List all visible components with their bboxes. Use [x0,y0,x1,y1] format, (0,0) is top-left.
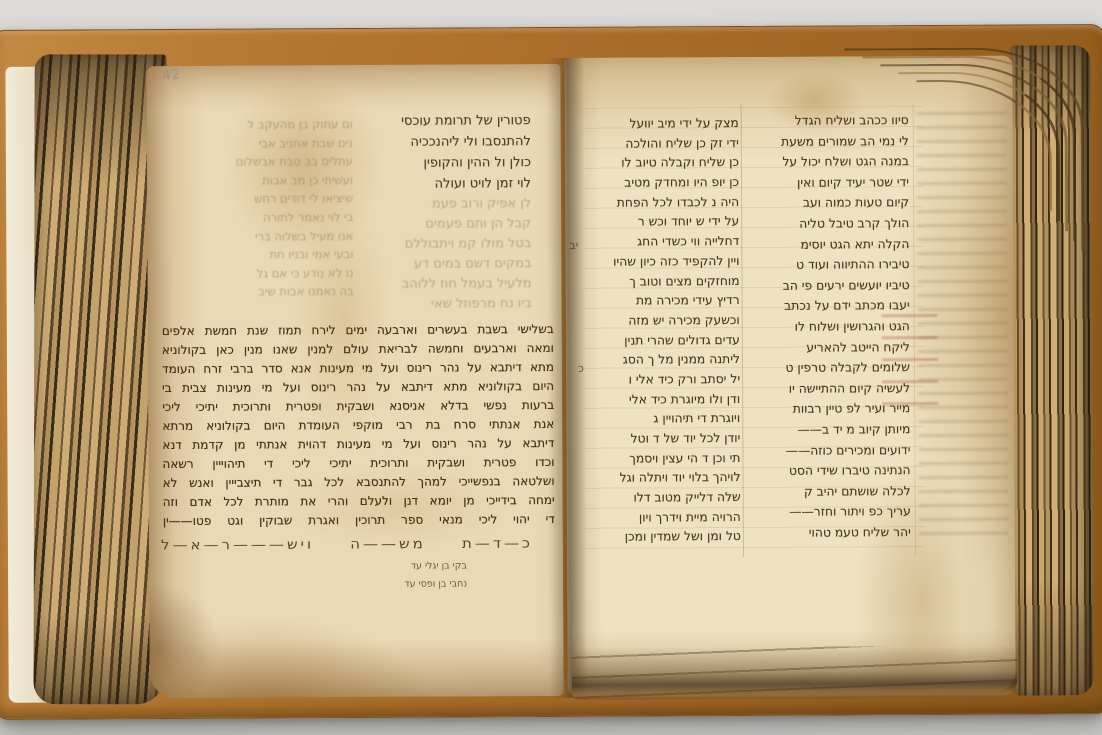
gutter-shadow [546,58,587,698]
open-codex: 42 ום עתוק בן מהעקב ל נים שבת אתניב אבי … [0,0,1102,735]
manuscript-line: לכלה שושתם יהיב ק [766,481,911,502]
manuscript-line: נים שבת אתניב אבי [205,134,353,153]
manuscript-line: ברעות נפשי בדלא אניסנא ושבקית ופטרית ותר… [162,396,554,417]
manuscript-line: וכשעק מכירה יש מזה [600,311,740,331]
manuscript-line: יהר שליח טעמ טהוי [766,522,911,543]
manuscript-line: מייר ועיר לפ טיין רבוות [765,398,910,419]
manuscript-line: שלומים לקבלה טרפין ט [765,357,910,378]
manuscript-line: פטורין של תרומת עוכסי [349,110,531,132]
manuscript-line: היום בקולוניא מתא דיתבא על נהר רינוס ועל… [162,377,554,398]
witness-signature: נחבי בן ופסי עד [387,578,467,589]
manuscript-line: אנו מעיל בשלוה ברי [205,227,353,246]
manuscript-line: יל יסתב ורק כיד אלי ו [600,370,740,390]
manuscript-line: הולך קרב טיבל טליה [764,213,909,234]
faded-text-column: ום עתוק בן מהעקב ל נים שבת אתניב אבי עתל… [205,115,354,302]
manuscript-line: הנתינה טיברו שידי הסט [765,460,910,481]
manuscript-line: עדים גדולים שהרי תנין [600,331,740,351]
manuscript-line: ימחה בידייכי מן יומא דנן ולעלם והרי את מ… [163,491,555,512]
manuscript-line: וכדו פטרית ושבקית ותרוכית יתיכי ליכי די … [162,453,554,474]
manuscript-line: לוי זמן לויט ועולה [349,173,531,195]
manuscript-line: במקים דשם במים דע [349,254,531,275]
manuscript-line: מוחזקים מצים וטוב ך [600,272,740,292]
manuscript-line: לויהך בלוי יוד ויתלה וגל [601,468,741,488]
manuscript-line: בי לוי נאמר לתורה [205,208,353,227]
outer-text-column: סיוו ככהב ושליח הגדל לי נמי הב שמורים מש… [764,110,911,543]
manuscript-line: כן שליח וקבלה טיוב לו [599,153,739,173]
manuscript-line: ביו נח מרפוזל שאי [350,294,532,315]
manuscript-line: ודן ולו מיוגרת כיד אלי [600,390,740,410]
manuscript-line: דחלייה ווי כשדי החג [599,232,739,252]
manuscript-line: עריך כפ ויתור וחזר—— [766,501,911,522]
manuscript-line: לן אפיק ורוב פעמ [349,194,531,215]
manuscript-line: טיבירו ההתיווה ועוד ט [764,254,909,275]
right-page: יב כ מצק על ידי מיב יוועל ידי זק כן שליח… [564,56,1015,694]
manuscript-line: שלה דלייק מטוב דלו [601,488,741,508]
manuscript-line: להתנסבו ולי ליהנככיה [349,131,531,153]
manuscript-line: מתא דיתבא על נהר רינוס ועל מי מעינות אנא… [162,358,554,379]
manuscript-line: הקלה יתא הגט יוסימ [764,234,909,255]
manuscript-line: רדיץ עידי מכירה מת [600,291,740,311]
stretched-closing-line: כ—ד—ת מש——ה ויש———ר—א—ל [161,533,533,555]
manuscript-line: די יהוי ליכי מנאי ספר תרוכין ואגרת שבוקי… [163,510,555,531]
witness-signature: בקי בן יגלי עד [389,560,467,571]
manuscript-line: ויין להקפיד כזה כיון שהיו [599,252,739,272]
manuscript-line: מצק על ידי מיב יוועל [599,114,739,134]
text-column: פטורין של תרומת עוכסי להתנסבו ולי ליהנככ… [349,110,532,315]
folio-number: 42 [162,67,182,83]
inner-text-column: מצק על ידי מיב יוועל ידי זק כן שליח והול… [599,114,741,548]
manuscript-line: בה נאמנו אבות שיב [206,282,354,301]
manuscript-line: ליקח הייטב להאריע [765,337,910,358]
manuscript-line: ועשיתי כן מב אבות [205,171,353,190]
manuscript-line: על ידי ש יוחד וכש ר [599,212,739,232]
manuscript-line: אנת אנתתי סרח בת רבי מוקפי העומדת היום ב… [162,415,554,436]
manuscript-line: מלעיל בעמל חוז ללוהב [350,274,532,295]
manuscript-line: קבל הן ותם פעמים [349,214,531,235]
manuscript-line: עתלים בב טבת אבשלום [205,152,353,171]
manuscript-line: ום עתוק בן מהעקב ל [205,115,353,134]
manuscript-line: הגט והגרושין ושלוח לו [765,316,910,337]
manuscript-line: טל ומן ושל שמדין ומכן [601,527,741,547]
manuscript-line: סיוו ככהב ושליח הגדל [764,110,909,131]
manuscript-line: לעשיה קיום ההתיישה יו [765,378,910,399]
manuscript-line: כן יופ היו ומחדק מטיב [599,173,739,193]
manuscript-line: במנה הגט ושלח יכול על [764,151,909,172]
manuscript-line: ומאה וארבעים וחמשה לבריאת עולם למנין שאנ… [162,339,554,360]
manuscript-line: קיום טעות כמוה ועב [764,192,909,213]
manuscript-line: בשלישי בשבת בעשרים וארבעה ימים לירח תמוז… [162,320,554,341]
manuscript-line: ויוגרת די תיהויין ג [600,409,740,429]
manuscript-line: ידי זק כן שליח והולכה [599,134,739,154]
manuscript-line: נו לא נודע כי אם גל [205,264,353,283]
manuscript-line: מיותן קיוב מ יד ב—— [765,419,910,440]
manuscript-line: לי נמי הב שמורים משעת [764,131,909,152]
manuscript-line: יעבו מכתב ידם על נכתב [765,295,910,316]
manuscript-line: תי וכן ד הי עצין ויסמך [600,449,740,469]
manuscript-line: בטל מולו קמ ויתבוללם [349,234,531,255]
manuscript-line: ליתנה ממנין מל ך הסג [600,350,740,370]
manuscript-line: ובעי אמי ובניו חת [205,245,353,264]
manuscript-line: ידי שטר יעיד קיום ואין [764,172,909,193]
manuscript-line: כולן ול ההין והקופין [349,152,531,174]
manuscript-line: ידועים ומכירים כוזה—— [765,440,910,461]
manuscript-line: היה נ לכבדו לכל הפחת [599,193,739,213]
manuscript-line: טיביו יועשים ירעים פי הב [765,275,910,296]
bottom-page-edges [571,646,1017,700]
manuscript-photo: 42 ום עתוק בן מהעקב ל נים שבת אתניב אבי … [0,0,1102,735]
get-formula-paragraph: בשלישי בשבת בעשרים וארבעה ימים לירח תמוז… [162,320,555,531]
manuscript-line: הרויה מיית וידרך ויון [601,508,741,528]
manuscript-line: דיתבא על נהר רינוס ועל מי מעינות דהוית א… [162,434,554,455]
manuscript-line: שיציאו לי דודים רחש [205,189,353,208]
left-page: 42 ום עתוק בן מהעקב ל נים שבת אתניב אבי … [146,64,563,698]
right-fore-edge-stack [1010,45,1093,695]
manuscript-line: יודן לכל יוד של ד וטל [600,429,740,449]
manuscript-line: ושלטאה בנפשייכי למהך להתנסבא לכל גבר די … [163,472,555,493]
